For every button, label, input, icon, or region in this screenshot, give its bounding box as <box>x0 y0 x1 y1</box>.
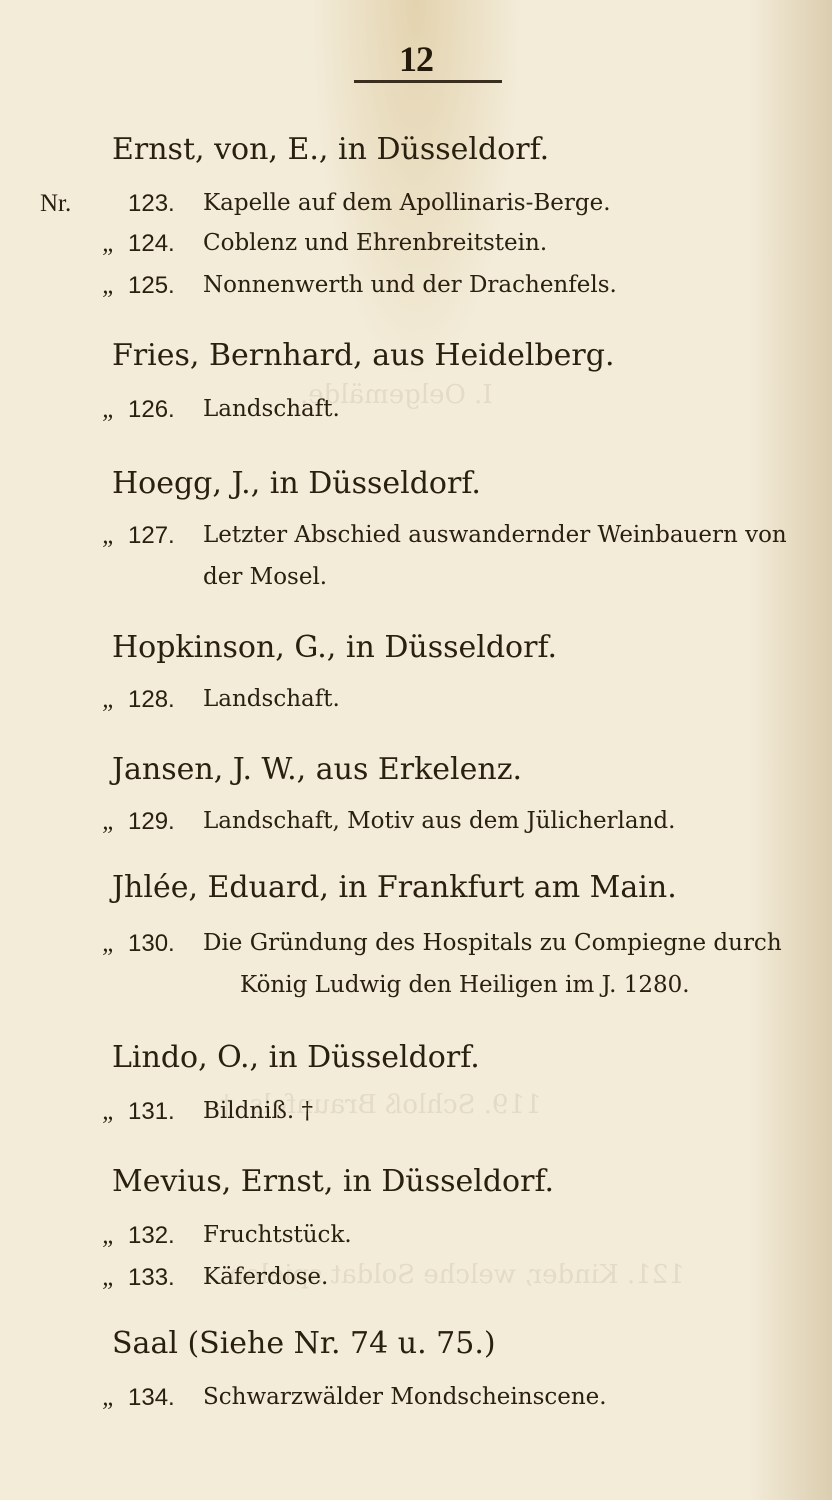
entry-number: 126. <box>128 396 175 424</box>
artist-heading: Jansen, J. W., aus Erkelenz. <box>112 752 522 787</box>
entry-number: 123. <box>128 190 175 218</box>
entry-number: 127. <box>128 522 175 550</box>
artist-heading: Jhlée, Eduard, in Frankfurt am Main. <box>112 870 677 905</box>
ditto-mark: „ <box>54 230 116 258</box>
book-page: I. Oelgemälde. 119. Schloß Braunfels. † … <box>0 0 832 1500</box>
ditto-mark: „ <box>54 1222 116 1250</box>
entry-number: 132. <box>128 1222 175 1250</box>
entry-prefix: Nr. <box>40 190 102 218</box>
entry-title: Letzter Abschied auswandernder Weinbauer… <box>203 522 787 548</box>
entry-number: 125. <box>128 272 175 300</box>
entry-title: Landschaft, Motiv aus dem Jülicherland. <box>203 808 675 834</box>
artist-heading: Mevius, Ernst, in Düsseldorf. <box>112 1164 554 1199</box>
entry-title: Landschaft. <box>203 396 340 422</box>
entry-number: 133. <box>128 1264 175 1292</box>
ditto-mark: „ <box>54 522 116 550</box>
entry-title: Coblenz und Ehrenbreitstein. <box>203 230 547 256</box>
artist-heading: Ernst, von, E., in Düsseldorf. <box>112 132 549 167</box>
page-number: 12 <box>0 38 832 80</box>
entry-title: Käferdose. <box>203 1264 328 1290</box>
entry-title: Bildniß. † <box>203 1098 313 1124</box>
entry-number: 129. <box>128 808 175 836</box>
entry-title: Fruchtstück. <box>203 1222 352 1248</box>
artist-heading: Saal (Siehe Nr. 74 u. 75.) <box>112 1326 496 1361</box>
entry-title: Nonnenwerth und der Drachenfels. <box>203 272 617 298</box>
artist-heading: Lindo, O., in Düsseldorf. <box>112 1040 480 1075</box>
ditto-mark: „ <box>54 272 116 300</box>
ditto-mark: „ <box>54 1384 116 1412</box>
ditto-mark: „ <box>54 1264 116 1292</box>
ditto-mark: „ <box>54 686 116 714</box>
entry-number: 131. <box>128 1098 175 1126</box>
entry-title: Kapelle auf dem Apollinaris-Berge. <box>203 190 611 216</box>
entry-number: 128. <box>128 686 175 714</box>
entry-title-continuation: der Mosel. <box>203 564 327 590</box>
entry-number: 134. <box>128 1384 175 1412</box>
artist-heading: Hopkinson, G., in Düsseldorf. <box>112 630 557 665</box>
entry-number: 130. <box>128 930 175 958</box>
ditto-mark: „ <box>54 808 116 836</box>
entry-title-continuation: König Ludwig den Heiligen im J. 1280. <box>240 972 690 998</box>
ditto-mark: „ <box>54 1098 116 1126</box>
artist-heading: Fries, Bernhard, aus Heidelberg. <box>112 338 615 373</box>
entry-number: 124. <box>128 230 175 258</box>
artist-heading: Hoegg, J., in Düsseldorf. <box>112 466 481 501</box>
entry-title: Schwarzwälder Mondscheinscene. <box>203 1384 607 1410</box>
entry-title: Landschaft. <box>203 686 340 712</box>
header-rule <box>354 80 502 83</box>
ditto-mark: „ <box>54 396 116 424</box>
entry-title: Die Gründung des Hospitals zu Compiegne … <box>203 930 782 956</box>
ditto-mark: „ <box>54 930 116 958</box>
